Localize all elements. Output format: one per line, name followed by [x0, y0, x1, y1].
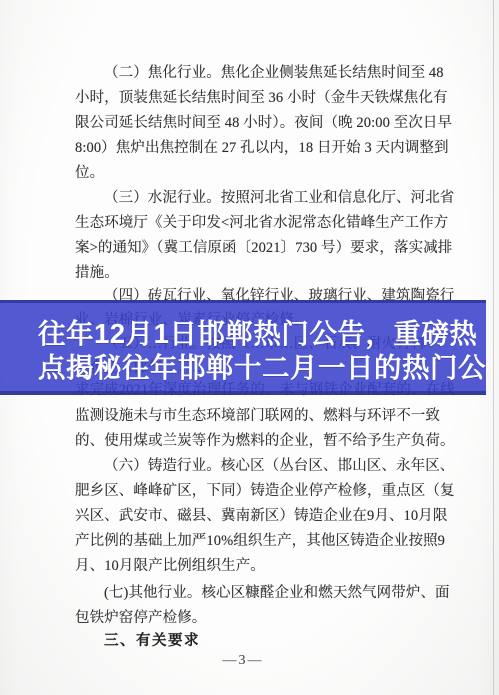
document-line: 的、使用煤或兰炭等作为燃料的企业，暂不给予生产负荷。 [75, 429, 455, 450]
page-number: —3— [0, 653, 486, 669]
title-overlay-banner: 往年12月1日邯郸热门公告，重磅热 点揭秘往年邯郸十二月一日的热门公 [0, 300, 486, 395]
document-line: 三、有关要求 [104, 629, 200, 650]
document-line: 位。 [75, 161, 104, 182]
document-line: 措施。 [75, 261, 119, 282]
scanned-document-page: （二）焦化行业。焦化企业侧装焦延长结焦时间至 48小时，顶装焦延长结焦时间至 3… [0, 0, 499, 695]
document-line: 小时，顶装焦延长结焦时间至 36 小时（金牛天铁煤焦化有 [75, 86, 448, 107]
overlay-title-line-2: 点揭秘往年邯郸十二月一日的热门公 [38, 351, 486, 385]
document-line: 案>的通知》（冀工信原函〔2021〕730 号）要求，落实减排 [75, 236, 452, 257]
document-line: 生态环境厅《关于印发<河北省水泥常态化错峰生产工作方 [75, 211, 448, 232]
document-line: （二）焦化行业。焦化企业侧装焦延长结焦时间至 48 [104, 61, 444, 82]
document-line: 兴区、武安市、磁县、冀南新区）铸造企业在9月、10月限 [75, 504, 447, 525]
document-line: 产比例的基础上加严10%组织生产，其他区铸造企业按照9 [75, 529, 445, 550]
document-line: 8:00）焦炉出焦控制在 27 孔以内，18 日开始 3 天内调整到 [75, 136, 449, 157]
document-line: （三）水泥行业。按照河北省工业和信息化厅、河北省 [104, 186, 454, 207]
document-line: 肥乡区、峰峰矿区，下同）铸造企业停产检修，重点区（复 [75, 479, 455, 500]
document-line: 包铁炉窑停产检修。 [75, 606, 206, 627]
document-line: 监测设施未与市生态环境部门联网的、燃料与环评不一致 [75, 404, 440, 425]
page-edge-line [493, 0, 494, 695]
document-line: （六）铸造行业。核心区（丛台区、邯山区、永年区、 [104, 454, 454, 475]
document-line: 月、10月限产比例组织生产。 [75, 554, 265, 575]
document-line: 限公司延长结焦时间至 48 小时）。夜间（晚 20:00 至次日早 [75, 111, 452, 132]
overlay-title-line-1: 往年12月1日邯郸热门公告，重磅热 [38, 317, 486, 351]
document-line: (七)其他行业。核心区糠醛企业和燃天然气网带炉、面 [104, 581, 450, 602]
